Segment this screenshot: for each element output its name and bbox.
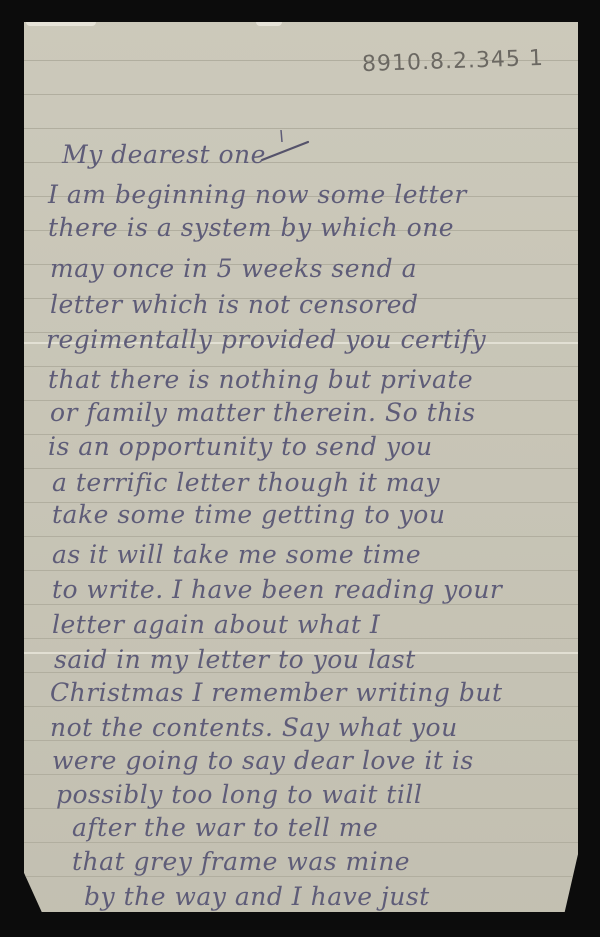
letter-line: is an opportunity to send you <box>48 432 433 461</box>
letter-line: after the war to tell me <box>72 813 378 842</box>
letter-line: possibly too long to wait till <box>56 780 422 809</box>
letter-page: 8910.8.2.345 1 My dearest one I am begin… <box>24 22 578 912</box>
scan-viewport: 8910.8.2.345 1 My dearest one I am begin… <box>0 0 600 937</box>
letter-body: My dearest one I am beginning now some l… <box>24 22 578 912</box>
letter-line: there is a system by which one <box>48 213 454 242</box>
letter-line: a terrific letter though it may <box>52 468 440 497</box>
salutation: My dearest one <box>62 140 266 169</box>
letter-line: were going to say dear love it is <box>52 746 474 775</box>
letter-line: letter which is not censored <box>50 290 419 319</box>
letter-line: as it will take me some time <box>52 540 421 569</box>
letter-line: not the contents. Say what you <box>50 713 458 742</box>
letter-line: I am beginning now some letter <box>48 180 467 209</box>
letter-line: Christmas I remember writing but <box>50 678 503 707</box>
letter-line: or family matter therein. So this <box>50 398 476 427</box>
letter-line: letter again about what I <box>52 610 380 639</box>
letter-line: take some time getting to you <box>52 500 445 529</box>
letter-line: to write. I have been reading your <box>52 575 502 604</box>
letter-line: by the way and I have just <box>84 882 430 911</box>
letter-line: that grey frame was mine <box>72 847 410 876</box>
letter-line: regimentally provided you certify <box>46 325 486 354</box>
letter-line: said in my letter to you last <box>54 645 416 674</box>
letter-line: may once in 5 weeks send a <box>50 254 417 283</box>
letter-line: that there is nothing but private <box>48 365 473 394</box>
